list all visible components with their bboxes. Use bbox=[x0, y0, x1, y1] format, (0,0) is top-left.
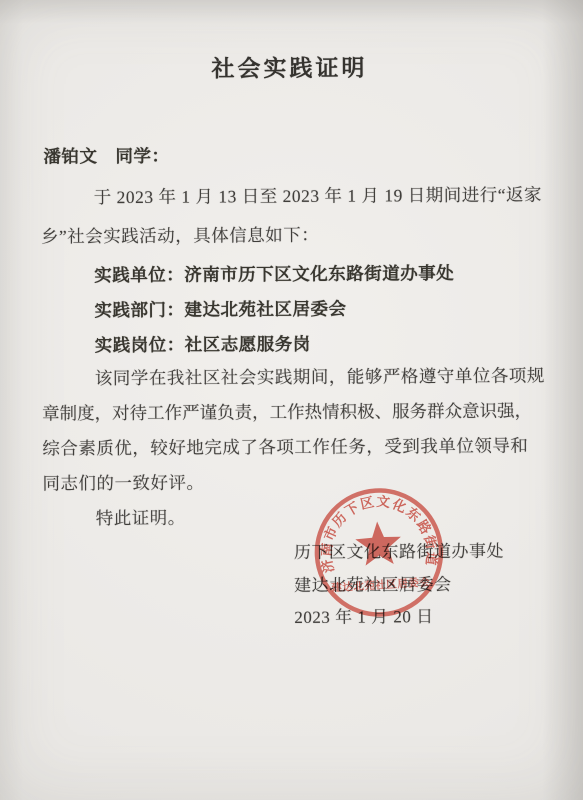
evaluation-line-4: 同志们的一致好评。 bbox=[42, 470, 204, 496]
certificate-title: 社会实践证明 bbox=[0, 48, 581, 85]
evaluation-line-2: 章制度，对待工作严谨负责，工作热情积极、服务群众意识强， bbox=[42, 398, 532, 426]
practice-unit-line: 实践单位：济南市历下区文化东路街道办事处 bbox=[94, 260, 454, 287]
official-seal-stamp: 济南市历下区文化东路街道 建达北苑社区居委会 bbox=[308, 482, 450, 624]
evaluation-line-3: 综合素质优，较好地完成了各项工作任务，受到我单位领导和 bbox=[42, 433, 528, 461]
intro-line-1: 于 2023 年 1 月 13 日至 2023 年 1 月 19 日期间进行“返… bbox=[94, 181, 542, 209]
seal-bottom-text: 建达北苑社区居委会 bbox=[331, 576, 431, 595]
salutation: 潘铂文 同学： bbox=[43, 143, 169, 169]
intro-line-2: 乡”社会实践活动，具体信息如下： bbox=[41, 222, 319, 249]
practice-post-line: 实践岗位：社区志愿服务岗 bbox=[95, 331, 311, 357]
certificate-content: 社会实践证明 潘铂文 同学： 于 2023 年 1 月 13 日至 2023 年… bbox=[0, 0, 583, 800]
closing-line: 特此证明。 bbox=[96, 505, 186, 531]
evaluation-line-1: 该同学在我社区社会实践期间，能够严格遵守单位各项规 bbox=[95, 362, 545, 390]
practice-department-line: 实践部门：建达北苑社区居委会 bbox=[94, 296, 346, 323]
seal-star bbox=[354, 520, 402, 566]
certificate-photo: 社会实践证明 潘铂文 同学： 于 2023 年 1 月 13 日至 2023 年… bbox=[0, 0, 583, 800]
